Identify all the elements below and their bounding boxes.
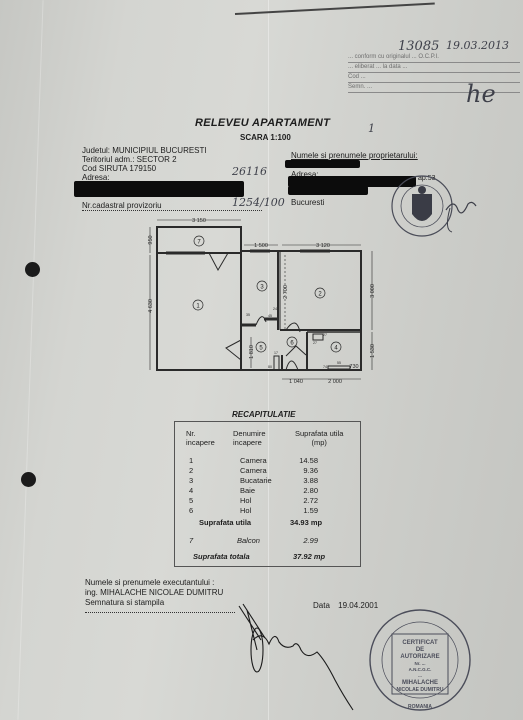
dimension-label: 1 500 — [254, 243, 268, 249]
svg-text:A.N.C.G.C.: A.N.C.G.C. — [409, 667, 432, 672]
table-row: 6 Hol 1.59 — [175, 506, 360, 516]
svg-text:45: 45 — [268, 314, 272, 318]
recap-table: Nr. incapere Denumire incapere Suprafata… — [174, 421, 361, 567]
room-label: 1 — [196, 304, 200, 310]
dimension-label: 4 630 — [148, 299, 154, 313]
recap-title: RECAPITULATIE — [232, 410, 295, 419]
dimension-label: 3 150 — [192, 218, 206, 224]
dimension-label: 730 — [349, 364, 358, 370]
signature-line — [85, 608, 235, 613]
table-row: 2 Camera 9.36 — [175, 466, 360, 476]
svg-text:DE: DE — [416, 647, 424, 653]
useful-area-row: Suprafata utila 34.93 mp — [175, 518, 360, 528]
executor-block: Numele si prenumele executantului : ing.… — [85, 578, 235, 613]
svg-text:24: 24 — [273, 307, 277, 311]
dimension-label: 1 040 — [289, 379, 303, 385]
room-label: 2 — [318, 292, 322, 298]
table-row: 1 Camera 14.58 — [175, 456, 360, 466]
svg-text:Nr. ...: Nr. ... — [414, 661, 425, 666]
svg-text:74: 74 — [323, 365, 327, 369]
svg-text:80: 80 — [268, 365, 272, 369]
svg-text:55: 55 — [337, 361, 341, 365]
room-label: 7 — [197, 240, 201, 246]
svg-text:AUTORIZARE: AUTORIZARE — [400, 654, 439, 660]
dimension-label: 3 000 — [370, 284, 376, 298]
dimension-label: 3 120 — [316, 243, 330, 249]
header-name: Denumire incapere — [233, 429, 266, 447]
room-label: 6 — [290, 341, 294, 347]
svg-text:CERTIFICAT: CERTIFICAT — [402, 640, 438, 646]
table-row: 4 Baie 2.80 — [175, 486, 360, 496]
executor-signature — [235, 600, 355, 720]
svg-text:NICOLAE DUMITRU: NICOLAE DUMITRU — [397, 687, 444, 693]
dimension-label: 1 530 — [370, 344, 376, 358]
dimension-label: 950 — [148, 235, 154, 244]
total-area-row: Suprafata totala 37.92 mp — [175, 552, 360, 562]
room-label: 5 — [259, 346, 263, 352]
svg-text:ROMANIA: ROMANIA — [408, 704, 432, 710]
signature-label: Semnatura si stampila — [85, 598, 235, 608]
room-label: 4 — [334, 346, 338, 352]
balcony-row: 7 Balcon 2.99 — [175, 536, 360, 546]
svg-text:27: 27 — [313, 341, 317, 345]
table-row: 3 Bucatarie 3.88 — [175, 476, 360, 486]
dimension-label: 2 700 — [283, 285, 289, 299]
svg-text:...: ... — [418, 673, 422, 678]
executor-name: ing. MIHALACHE NICOLAE DUMITRU — [85, 588, 235, 598]
svg-text:35: 35 — [246, 313, 250, 317]
dimension-label: 2 000 — [328, 379, 342, 385]
svg-text:17: 17 — [274, 351, 278, 355]
executor-stamp-icon: CERTIFICAT DE AUTORIZARE Nr. ... A.N.C.G… — [362, 604, 482, 720]
room-label: 3 — [260, 285, 264, 291]
scanned-document-page: ... conform cu originalul ... O.C.P.I. .… — [0, 0, 523, 720]
svg-text:MIHALACHE: MIHALACHE — [402, 680, 438, 686]
dimension-label: 1 810 — [249, 345, 255, 359]
table-row: 5 Hol 2.72 — [175, 496, 360, 506]
executor-label: Numele si prenumele executantului : — [85, 578, 235, 588]
header-nr: Nr. incapere — [186, 429, 215, 447]
svg-text:27: 27 — [323, 333, 327, 337]
header-area: Suprafata utila (mp) — [295, 429, 343, 447]
